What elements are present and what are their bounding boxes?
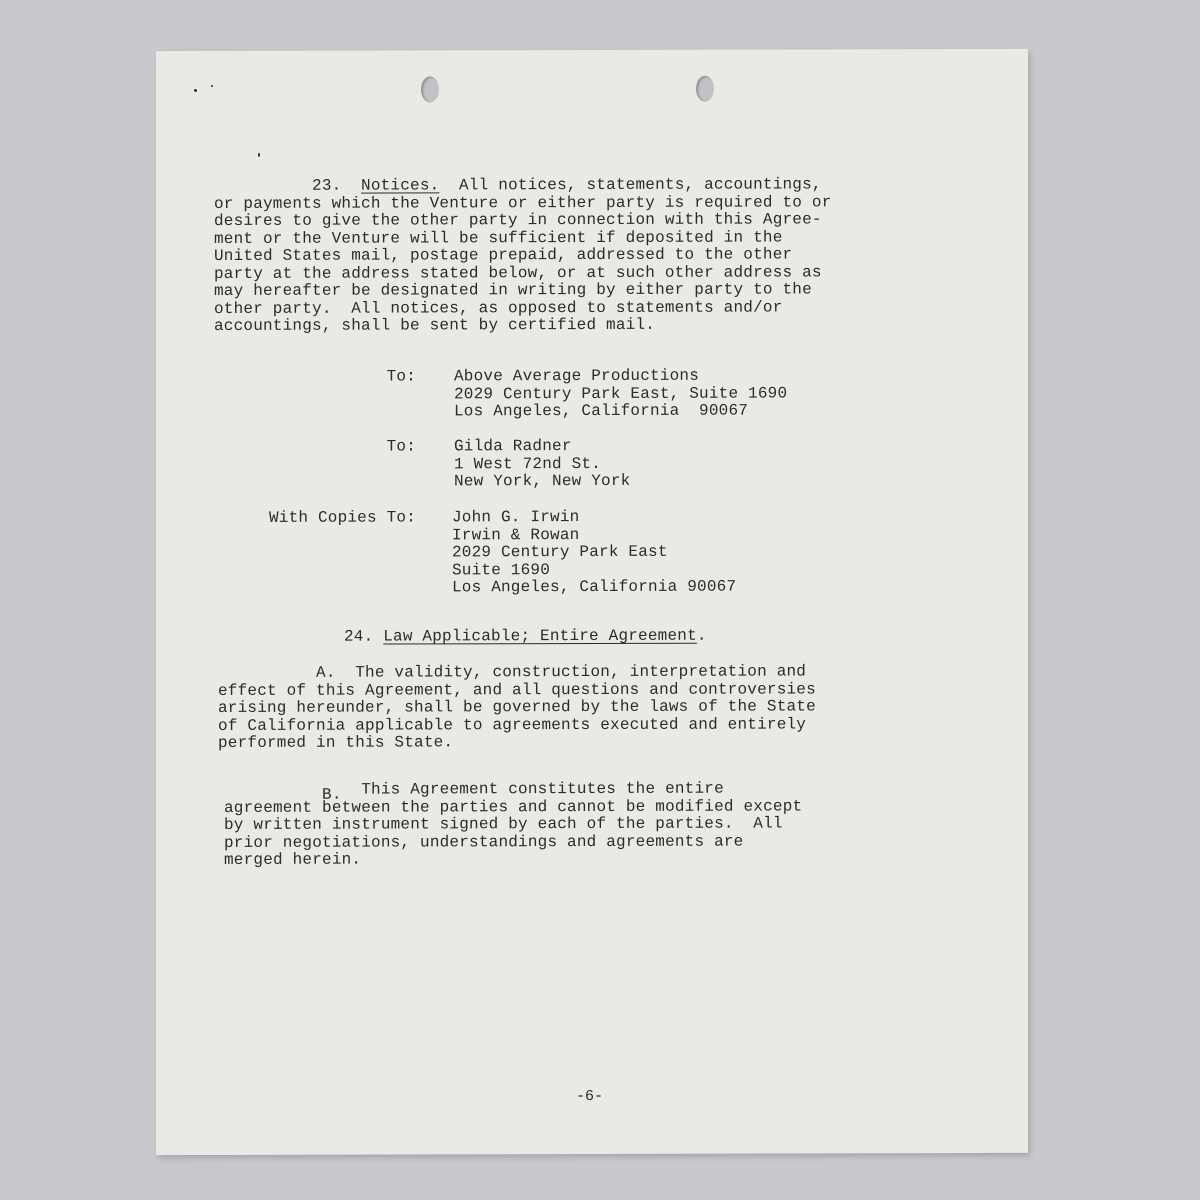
page-number: -6- — [576, 1088, 603, 1105]
address-label: To: — [156, 438, 416, 456]
paragraph-line: merged herein. — [224, 851, 361, 869]
paragraph-line: United States mail, postage prepaid, add… — [214, 245, 792, 265]
paragraph-line: party at the address stated below, or at… — [214, 263, 822, 283]
paper-speck — [258, 153, 260, 157]
address-line: Suite 1690 — [452, 561, 550, 579]
document-page: 23. Notices. All notices, statements, ac… — [156, 49, 1028, 1155]
address-block-above-average: Above Average Productions 2029 Century P… — [454, 367, 787, 420]
punch-hole — [421, 76, 439, 102]
section-23-first-line: 23. Notices. All notices, statements, ac… — [214, 175, 822, 195]
subsection-marker: B. — [322, 786, 342, 804]
punch-hole — [696, 76, 714, 102]
paragraph-text: This Agreement constitutes the entire — [342, 780, 724, 799]
section-number: 24. — [344, 628, 373, 646]
section-24-heading: 24. Law Applicable; Entire Agreement. — [344, 628, 707, 646]
paragraph-line: agreement between the parties and cannot… — [224, 797, 802, 817]
paragraph-line: of California applicable to agreements e… — [218, 715, 806, 735]
section-heading: Law Applicable; Entire Agreement — [383, 627, 697, 646]
address-line: John G. Irwin — [452, 508, 579, 526]
paragraph-line: arising hereunder, shall be governed by … — [218, 697, 816, 717]
address-line: Irwin & Rowan — [452, 526, 579, 544]
address-line: Los Angeles, California 90067 — [452, 578, 736, 597]
copies-label: With Copies To: — [156, 509, 416, 527]
paper-speck — [194, 89, 197, 92]
address-line: 1 West 72nd St. — [454, 454, 601, 472]
paragraph-text: The validity, construction, interpretati… — [336, 662, 806, 681]
subsection-marker: A. — [316, 664, 336, 682]
paragraph-line: effect of this Agreement, and all questi… — [218, 680, 816, 700]
address-block-gilda-radner: Gilda Radner 1 West 72nd St. New York, N… — [454, 438, 630, 491]
section-23-notices: 23. Notices. All notices, statements, ac… — [214, 176, 832, 335]
section-24-subsection-a: A. The validity, construction, interpret… — [218, 663, 816, 752]
address-line: New York, New York — [454, 472, 630, 490]
address-line: Gilda Radner — [454, 437, 572, 455]
section-number: 23. — [312, 177, 341, 195]
paragraph-line: or payments which the Venture or either … — [214, 193, 832, 213]
paragraph-line: prior negotiations, understandings and a… — [224, 832, 743, 851]
heading-period: . — [697, 627, 707, 645]
paragraph-line: desires to give the other party in conne… — [214, 210, 822, 230]
paragraph-line: accountings, shall be sent by certified … — [214, 316, 655, 335]
paragraph-line: performed in this State. — [218, 733, 453, 752]
section-heading: Notices. — [361, 176, 439, 194]
paragraph-line: other party. All notices, as opposed to … — [214, 298, 783, 317]
paragraph-line: by written instrument signed by each of … — [224, 815, 783, 834]
paragraph-line: may hereafter be designated in writing b… — [214, 280, 812, 300]
address-line: Los Angeles, California 90067 — [454, 402, 748, 421]
paper-speck — [211, 85, 213, 87]
address-line: 2029 Century Park East — [452, 543, 668, 562]
address-line: Above Average Productions — [454, 367, 699, 386]
address-block-irwin-rowan: John G. Irwin Irwin & Rowan 2029 Century… — [452, 509, 736, 597]
section-24-subsection-b: B. This Agreement constitutes the entire… — [224, 780, 802, 869]
paragraph-line: ment or the Venture will be sufficient i… — [214, 228, 783, 247]
address-label: To: — [156, 368, 416, 386]
address-line: 2029 Century Park East, Suite 1690 — [454, 384, 787, 403]
paragraph-text: All notices, statements, accountings, — [439, 175, 821, 194]
